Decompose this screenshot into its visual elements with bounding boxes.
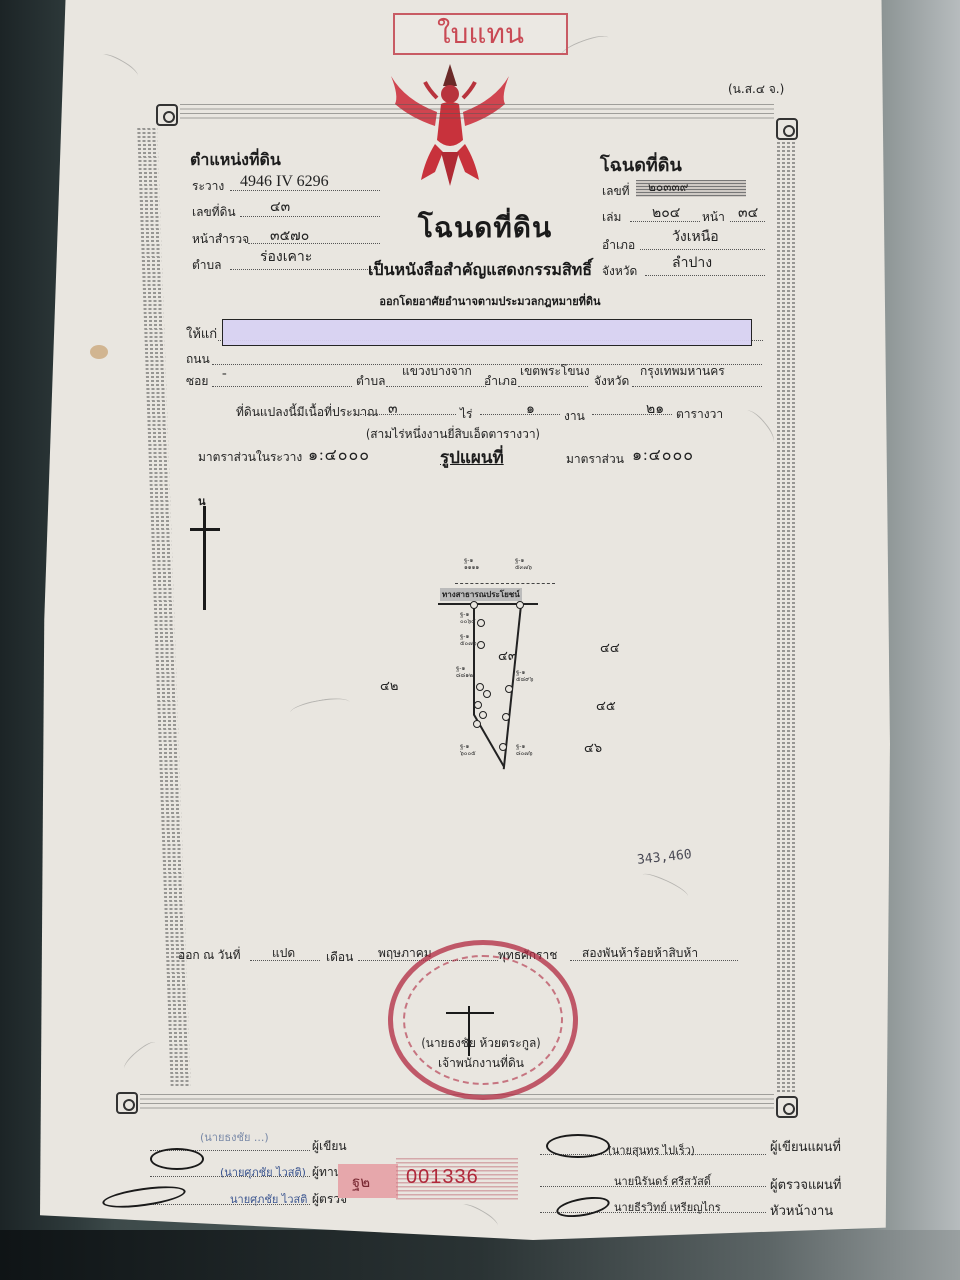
area-wa-label: ตารางวา [676, 405, 723, 424]
signature-scribble [555, 1193, 611, 1220]
stain [90, 345, 108, 359]
street-label: ถนน [186, 350, 210, 369]
owner-amphoe-label: อำเภอ [484, 372, 517, 391]
issued-year: สองพันห้าร้อยห้าสิบห้า [582, 944, 698, 963]
land-title-deed: ใบแทน (น.ส.๔ จ.) ตำแหน่งที่ดิน ระวาง 494… [40, 0, 890, 1240]
signature-scribble [546, 1134, 610, 1158]
area-in-words: (สามไร่หนึ่งงานยี่สิบเอ็ดตารางวา) [366, 425, 540, 444]
form-code: (น.ส.๔ จ.) [728, 80, 784, 99]
owner-province-value: กรุงเทพมหานคร [640, 362, 725, 381]
parcel-center: ๔๓ [498, 645, 517, 666]
garuda-emblem-icon [385, 60, 515, 190]
authority-line: ออกโดยอาศัยอำนาจตามประมวลกฎหมายที่ดิน [320, 292, 660, 310]
security-border-top [180, 104, 774, 122]
road-label: ทางสาธารณประโยชน์ [440, 588, 522, 601]
corner-ornament-icon [776, 1096, 798, 1118]
official-seal [388, 940, 578, 1100]
officer-title: เจ้าพนักงานที่ดิน [396, 1054, 566, 1073]
field-label-tambon: ตำบล [192, 256, 222, 275]
sheet-scale-value: ๑:๔๐๐๐ [308, 443, 370, 468]
field-label-land-no: เลขที่ดิน [192, 203, 236, 222]
signatory-role: ผู้เขียน [312, 1137, 347, 1156]
background-surface [0, 1230, 960, 1280]
replacement-stamp: ใบแทน [393, 13, 568, 55]
area-ngan-label: งาน [564, 407, 585, 426]
field-label-rawang: ระวาง [192, 177, 224, 196]
document-subtitle: เป็นหนังสือสำคัญแสดงกรรมสิทธิ์ [330, 258, 630, 283]
area-rai: ๓ [388, 398, 398, 420]
page-title: โฉนดที่ดิน [385, 206, 585, 250]
signatory-role: ผู้เขียนแผนที่ [770, 1136, 841, 1157]
month-label: เดือน [326, 948, 353, 967]
serial-prefix: ฐ๒ [352, 1170, 370, 1194]
parcel-adjacent: ๔๖ [584, 737, 602, 758]
serial-number-block: ฐ๒ 001336 [338, 1158, 518, 1202]
security-border-right [777, 142, 797, 1092]
field-value-volume: ๒๐๔ [652, 202, 680, 224]
corner-ornament-icon [156, 104, 178, 126]
soi-label: ซอย [186, 372, 208, 391]
corner-ornament-icon [116, 1092, 138, 1114]
signature-scribble [101, 1182, 187, 1212]
serial-number: 001336 [406, 1166, 479, 1189]
signatory-name: (นายศุภชัย ไวสติ) [220, 1163, 306, 1181]
signatory-role: หัวหน้างาน [770, 1200, 833, 1221]
field-value-rawang: 4946 IV 6296 [240, 173, 329, 191]
owner-amphoe-value: เขตพระโขนง [520, 362, 590, 381]
area-ngan: ๑ [526, 398, 535, 420]
owner-label: ให้แก่ [186, 323, 217, 344]
parcel-adjacent: ๔๕ [596, 695, 616, 716]
issued-day: แปด [272, 944, 295, 963]
field-label-page: หน้า [702, 208, 725, 227]
area-wa: ๒๑ [646, 398, 664, 420]
signatory-name: (นายธงชัย ...) [200, 1128, 269, 1146]
field-label-deed-no: เลขที่ [602, 182, 630, 201]
field-value-amphoe: วังเหนือ [672, 226, 719, 248]
signatory-role: ผู้ตรวจแผนที่ [770, 1174, 841, 1195]
land-plot-map: ทางสาธารณประโยชน์ ฐ-๑๑๑๑๑ ฐ-๑๕๓๗๖ ฐ-๑๐๐๖… [420, 545, 620, 775]
signatory-name: นายนิรันดร์ ศรีสวัสดิ์ [614, 1172, 711, 1190]
field-value-deed-no: ๒๐๓๓๙ [648, 178, 688, 197]
signatory-name: นายศุภชัย ไวสติ [230, 1190, 307, 1208]
owner-province-label: จังหวัด [594, 372, 629, 391]
corner-ornament-icon [776, 118, 798, 140]
map-heading: รูปแผนที่ [440, 444, 504, 471]
sheet-scale-label: มาตราส่วนในระวาง [198, 448, 302, 467]
owner-redaction [222, 319, 752, 346]
owner-tambon-value: แขวงบางจาก [402, 362, 472, 381]
parcel-adjacent: ๔๒ [380, 675, 398, 696]
north-arrow-icon: น [190, 492, 220, 612]
soi-value: - [222, 366, 227, 382]
officer-name: (นายธงชัย ห้วยตระกูล) [396, 1034, 566, 1053]
field-value-land-no: ๔๓ [270, 196, 290, 218]
area-rai-label: ไร่ [460, 405, 472, 424]
field-value-survey-page: ๓๕๗๐ [270, 225, 309, 247]
field-value-page: ๓๔ [738, 202, 758, 224]
signatory-name: นายธีรวิทย์ เหรียญไกร [614, 1198, 721, 1216]
owner-tambon-label: ตำบล [356, 372, 386, 391]
field-label-province: จังหวัด [602, 262, 637, 281]
scale-label: มาตราส่วน [566, 450, 624, 469]
deed-info-heading: โฉนดที่ดิน [600, 150, 682, 179]
security-border-left [137, 128, 191, 1088]
signatory-name: (นายสุนทร ไปเร็ว) [608, 1141, 695, 1159]
field-label-amphoe: อำเภอ [602, 236, 635, 255]
area-label: ที่ดินแปลงนี้มีเนื้อที่ประมาณ [236, 403, 378, 422]
field-value-tambon: ร่องเคาะ [260, 246, 312, 268]
handwritten-note: 343,460 [636, 847, 692, 868]
parcel-adjacent: ๔๔ [600, 637, 620, 658]
issued-label: ออก ณ วันที่ [178, 946, 241, 965]
land-position-heading: ตำแหน่งที่ดิน [190, 148, 281, 173]
scale-value: ๑:๔๐๐๐ [632, 443, 694, 468]
signature-scribble [150, 1148, 204, 1170]
field-label-volume: เล่ม [602, 208, 621, 227]
field-label-survey-page: หน้าสำรวจ [192, 230, 249, 249]
field-value-province: ลำปาง [672, 252, 712, 274]
